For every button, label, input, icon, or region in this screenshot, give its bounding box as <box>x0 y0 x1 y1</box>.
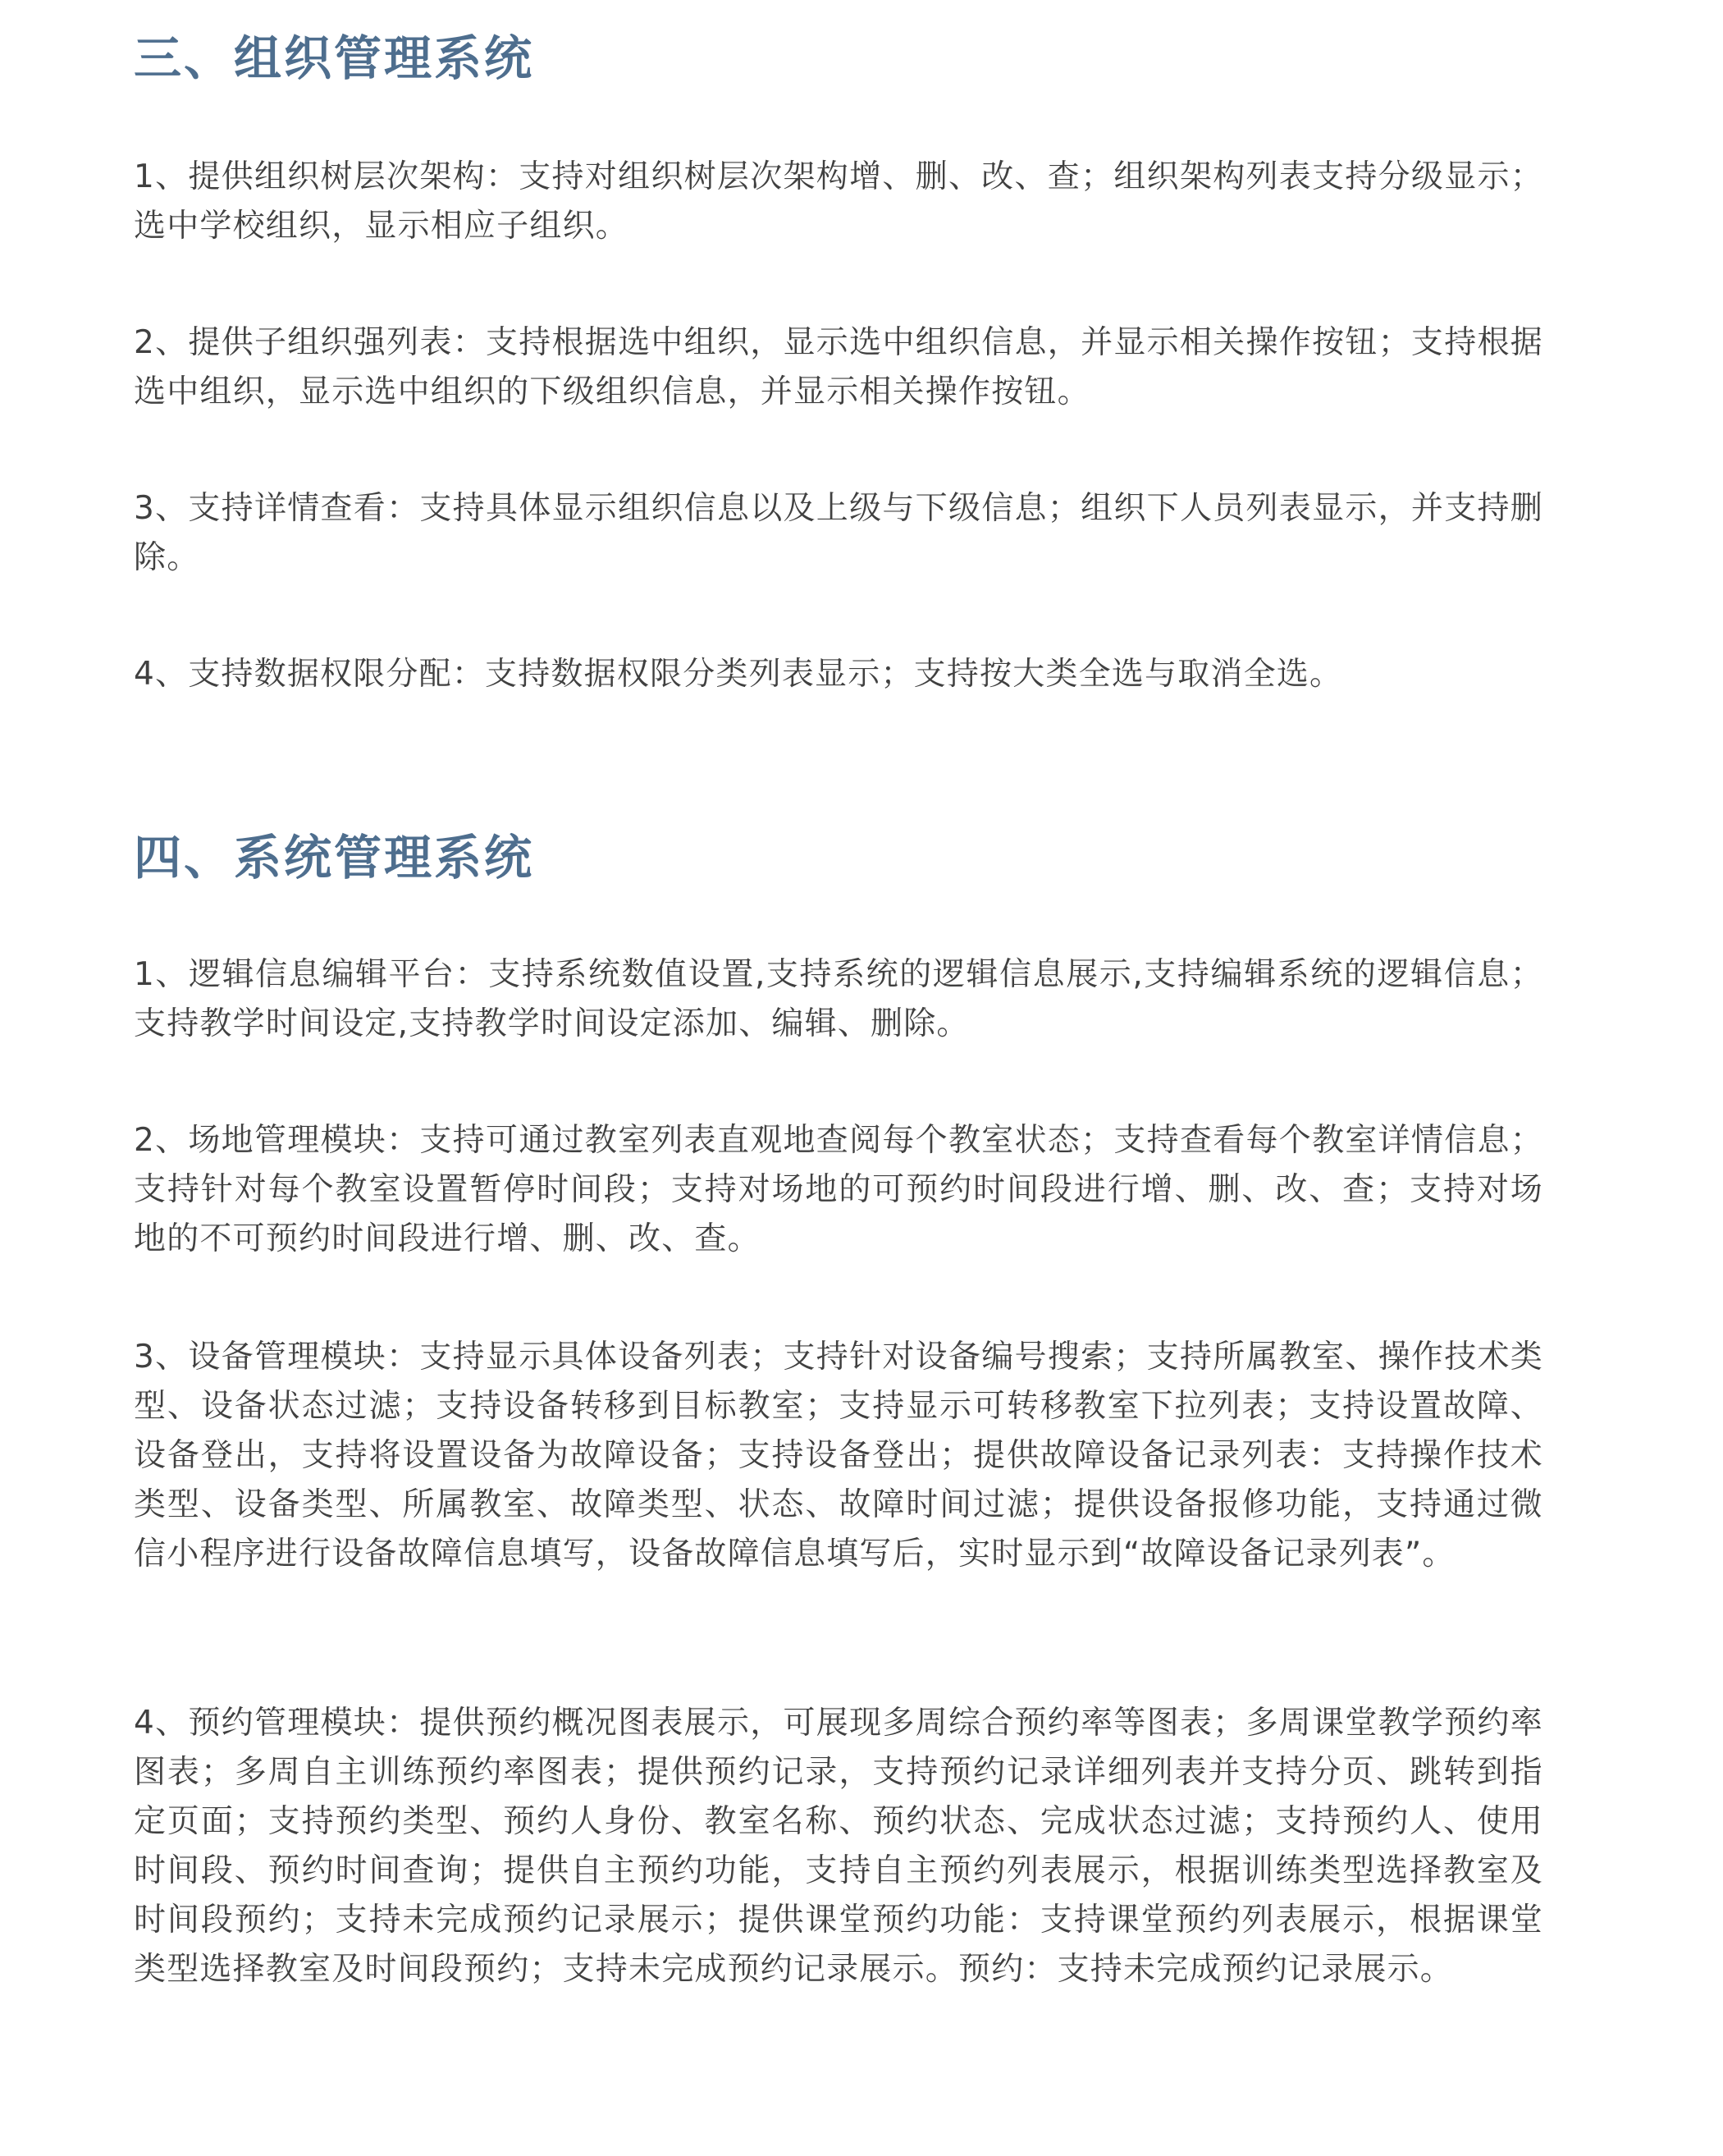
paragraph-sub-org-list: 2、提供子组织强列表：支持根据选中组织，显示选中组织信息，并显示相关操作按钮；支… <box>134 318 1543 417</box>
paragraph-venue-management: 2、场地管理模块：支持可通过教室列表直观地查阅每个教室状态；支持查看每个教室详情… <box>134 1116 1543 1264</box>
paragraph-detail-view: 3、支持详情查看：支持具体显示组织信息以及上级与下级信息；组织下人员列表显示，并… <box>134 484 1543 583</box>
paragraph-device-management: 3、设备管理模块：支持显示具体设备列表；支持针对设备编号搜索；支持所属教室、操作… <box>134 1333 1543 1579</box>
paragraph-org-tree: 1、提供组织树层次架构：支持对组织树层次架构增、删、改、查；组织架构列表支持分级… <box>134 153 1543 251</box>
paragraph-reservation-management: 4、预约管理模块：提供预约概况图表展示，可展现多周综合预约率等图表；多周课堂教学… <box>134 1699 1543 1994</box>
document-page: 三、组织管理系统 1、提供组织树层次架构：支持对组织树层次架构增、删、改、查；组… <box>0 0 1723 2156</box>
section-title-system: 四、系统管理系统 <box>134 829 534 886</box>
paragraph-logic-editor: 1、逻辑信息编辑平台：支持系统数值设置,支持系统的逻辑信息展示,支持编辑系统的逻… <box>134 950 1543 1049</box>
paragraph-data-permission: 4、支持数据权限分配：支持数据权限分类列表显示；支持按大类全选与取消全选。 <box>134 650 1543 699</box>
section-title-organization: 三、组织管理系统 <box>134 30 534 87</box>
